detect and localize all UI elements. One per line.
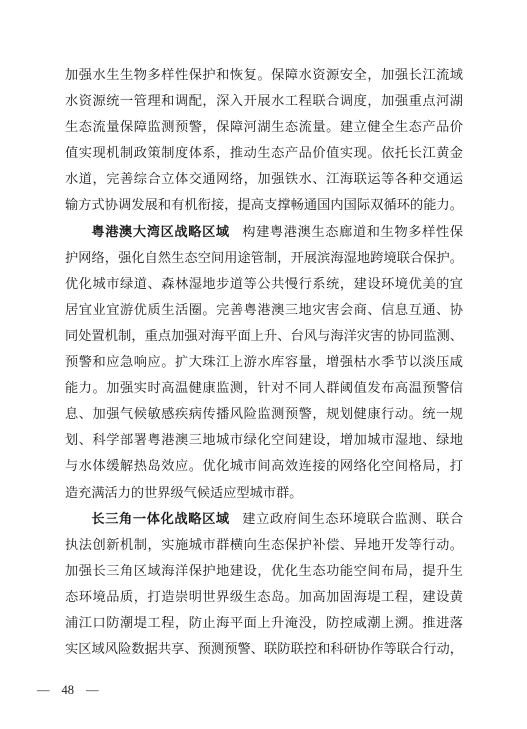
line-text: 同处置机制，重点加强对海平面上升、台风与海洋灾害的协同监测、 <box>65 328 463 343</box>
line-text: 水道，完善综合立体交通网络，加强铁水、江海联运等各种交通运 <box>65 171 463 186</box>
line-text: 执法创新机制，实施城市群横向生态保护补偿、异地开发等行动。 <box>65 537 463 552</box>
line-text: 加强长三角区域海洋保护地建设，优化生态功能空间布局，提升生 <box>65 563 463 578</box>
line-text: 与水体缓解热岛效应。优化城市间高效连接的网络化空间格局，打 <box>65 458 463 473</box>
text-line: 粤港澳大湾区战略区域构建粤港澳生态廊道和生物多样性保 <box>65 219 463 245</box>
line-text: 建立政府间生态环境联合监测、联合 <box>242 511 463 526</box>
line-text: 构建粤港澳生态廊道和生物多样性保 <box>242 224 463 239</box>
text-line: 与水体缓解热岛效应。优化城市间高效连接的网络化空间格局，打 <box>65 453 463 479</box>
line-text: 造充满活力的世界级气候适应型城市群。 <box>65 485 302 500</box>
text-line: 同处置机制，重点加强对海平面上升、台风与海洋灾害的协同监测、 <box>65 323 463 349</box>
line-text: 实区域风险数据共享、预测预警、联防联控和科研协作等联合行动， <box>65 641 463 656</box>
text-line: 居宜业宜游优质生活圈。完善粤港澳三地灾害会商、信息互通、协 <box>65 297 463 323</box>
line-text: 水资源统一管理和调配，深入开展水工程联合调度，加强重点河湖 <box>65 93 463 108</box>
line-text: 息、加强气候敏感疾病传播风险监测预警，规划健康行动。统一规 <box>65 406 463 421</box>
text-line: 能力。加强实时高温健康监测，针对不同人群阈值发布高温预警信 <box>65 375 463 401</box>
body-text: 加强水生生物多样性保护和恢复。保障水资源安全，加强长江流域水资源统一管理和调配，… <box>65 62 463 662</box>
line-text: 值实现机制政策制度体系，推动生态产品价值实现。依托长江黄金 <box>65 145 463 160</box>
line-text: 输方式协调发展和有机衔接，提高支撑畅通国内国际双循环的能力。 <box>65 197 463 212</box>
text-line: 生态流量保障监测预警，保障河湖生态流量。建立健全生态产品价 <box>65 114 463 140</box>
footer-dash-left: — <box>37 682 50 698</box>
text-line: 优化城市绿道、森林湿地步道等公共慢行系统，建设环境优美的宜 <box>65 271 463 297</box>
text-line: 息、加强气候敏感疾病传播风险监测预警，规划健康行动。统一规 <box>65 401 463 427</box>
text-line: 加强长三角区域海洋保护地建设，优化生态功能空间布局，提升生 <box>65 558 463 584</box>
paragraph-heading: 长三角一体化战略区域 <box>91 511 229 526</box>
line-text: 护网络，强化自然生态空间用途管制，开展滨海湿地跨境联合保护。 <box>65 250 463 265</box>
line-text: 加强水生生物多样性保护和恢复。保障水资源安全，加强长江流域 <box>65 67 463 82</box>
text-line: 态环境品质，打造崇明世界级生态岛。加高加固海堤工程，建设黄 <box>65 584 463 610</box>
text-line: 执法创新机制，实施城市群横向生态保护补偿、异地开发等行动。 <box>65 532 463 558</box>
text-line: 水资源统一管理和调配，深入开展水工程联合调度，加强重点河湖 <box>65 88 463 114</box>
text-line: 护网络，强化自然生态空间用途管制，开展滨海湿地跨境联合保护。 <box>65 245 463 271</box>
document-page: 加强水生生物多样性保护和恢复。保障水资源安全，加强长江流域水资源统一管理和调配，… <box>0 0 527 729</box>
line-text: 浦江口防潮堤工程，防止海平面上升淹没，防控咸潮上溯。推进落 <box>65 615 463 630</box>
text-line: 预警和应急响应。扩大珠江上游水库容量，增强枯水季节以淡压咸 <box>65 349 463 375</box>
line-text: 划、科学部署粤港澳三地城市绿化空间建设，增加城市湿地、绿地 <box>65 432 463 447</box>
text-line: 输方式协调发展和有机衔接，提高支撑畅通国内国际双循环的能力。 <box>65 192 463 218</box>
footer-dash-right: — <box>86 682 99 698</box>
text-line: 实区域风险数据共享、预测预警、联防联控和科研协作等联合行动， <box>65 636 463 662</box>
line-text: 居宜业宜游优质生活圈。完善粤港澳三地灾害会商、信息互通、协 <box>65 302 463 317</box>
line-text: 生态流量保障监测预警，保障河湖生态流量。建立健全生态产品价 <box>65 119 463 134</box>
line-text: 能力。加强实时高温健康监测，针对不同人群阈值发布高温预警信 <box>65 380 463 395</box>
text-line: 值实现机制政策制度体系，推动生态产品价值实现。依托长江黄金 <box>65 140 463 166</box>
text-line: 划、科学部署粤港澳三地城市绿化空间建设，增加城市湿地、绿地 <box>65 427 463 453</box>
paragraph-heading: 粤港澳大湾区战略区域 <box>91 224 229 239</box>
text-line: 浦江口防潮堤工程，防止海平面上升淹没，防控咸潮上溯。推进落 <box>65 610 463 636</box>
line-text: 预警和应急响应。扩大珠江上游水库容量，增强枯水季节以淡压咸 <box>65 354 463 369</box>
page-number: 48 <box>62 682 75 698</box>
line-text: 优化城市绿道、森林湿地步道等公共慢行系统，建设环境优美的宜 <box>65 276 463 291</box>
text-line: 长三角一体化战略区域建立政府间生态环境联合监测、联合 <box>65 506 463 532</box>
text-line: 造充满活力的世界级气候适应型城市群。 <box>65 480 463 506</box>
text-line: 加强水生生物多样性保护和恢复。保障水资源安全，加强长江流域 <box>65 62 463 88</box>
page-footer: — 48 — <box>37 682 99 698</box>
text-line: 水道，完善综合立体交通网络，加强铁水、江海联运等各种交通运 <box>65 166 463 192</box>
line-text: 态环境品质，打造崇明世界级生态岛。加高加固海堤工程，建设黄 <box>65 589 463 604</box>
